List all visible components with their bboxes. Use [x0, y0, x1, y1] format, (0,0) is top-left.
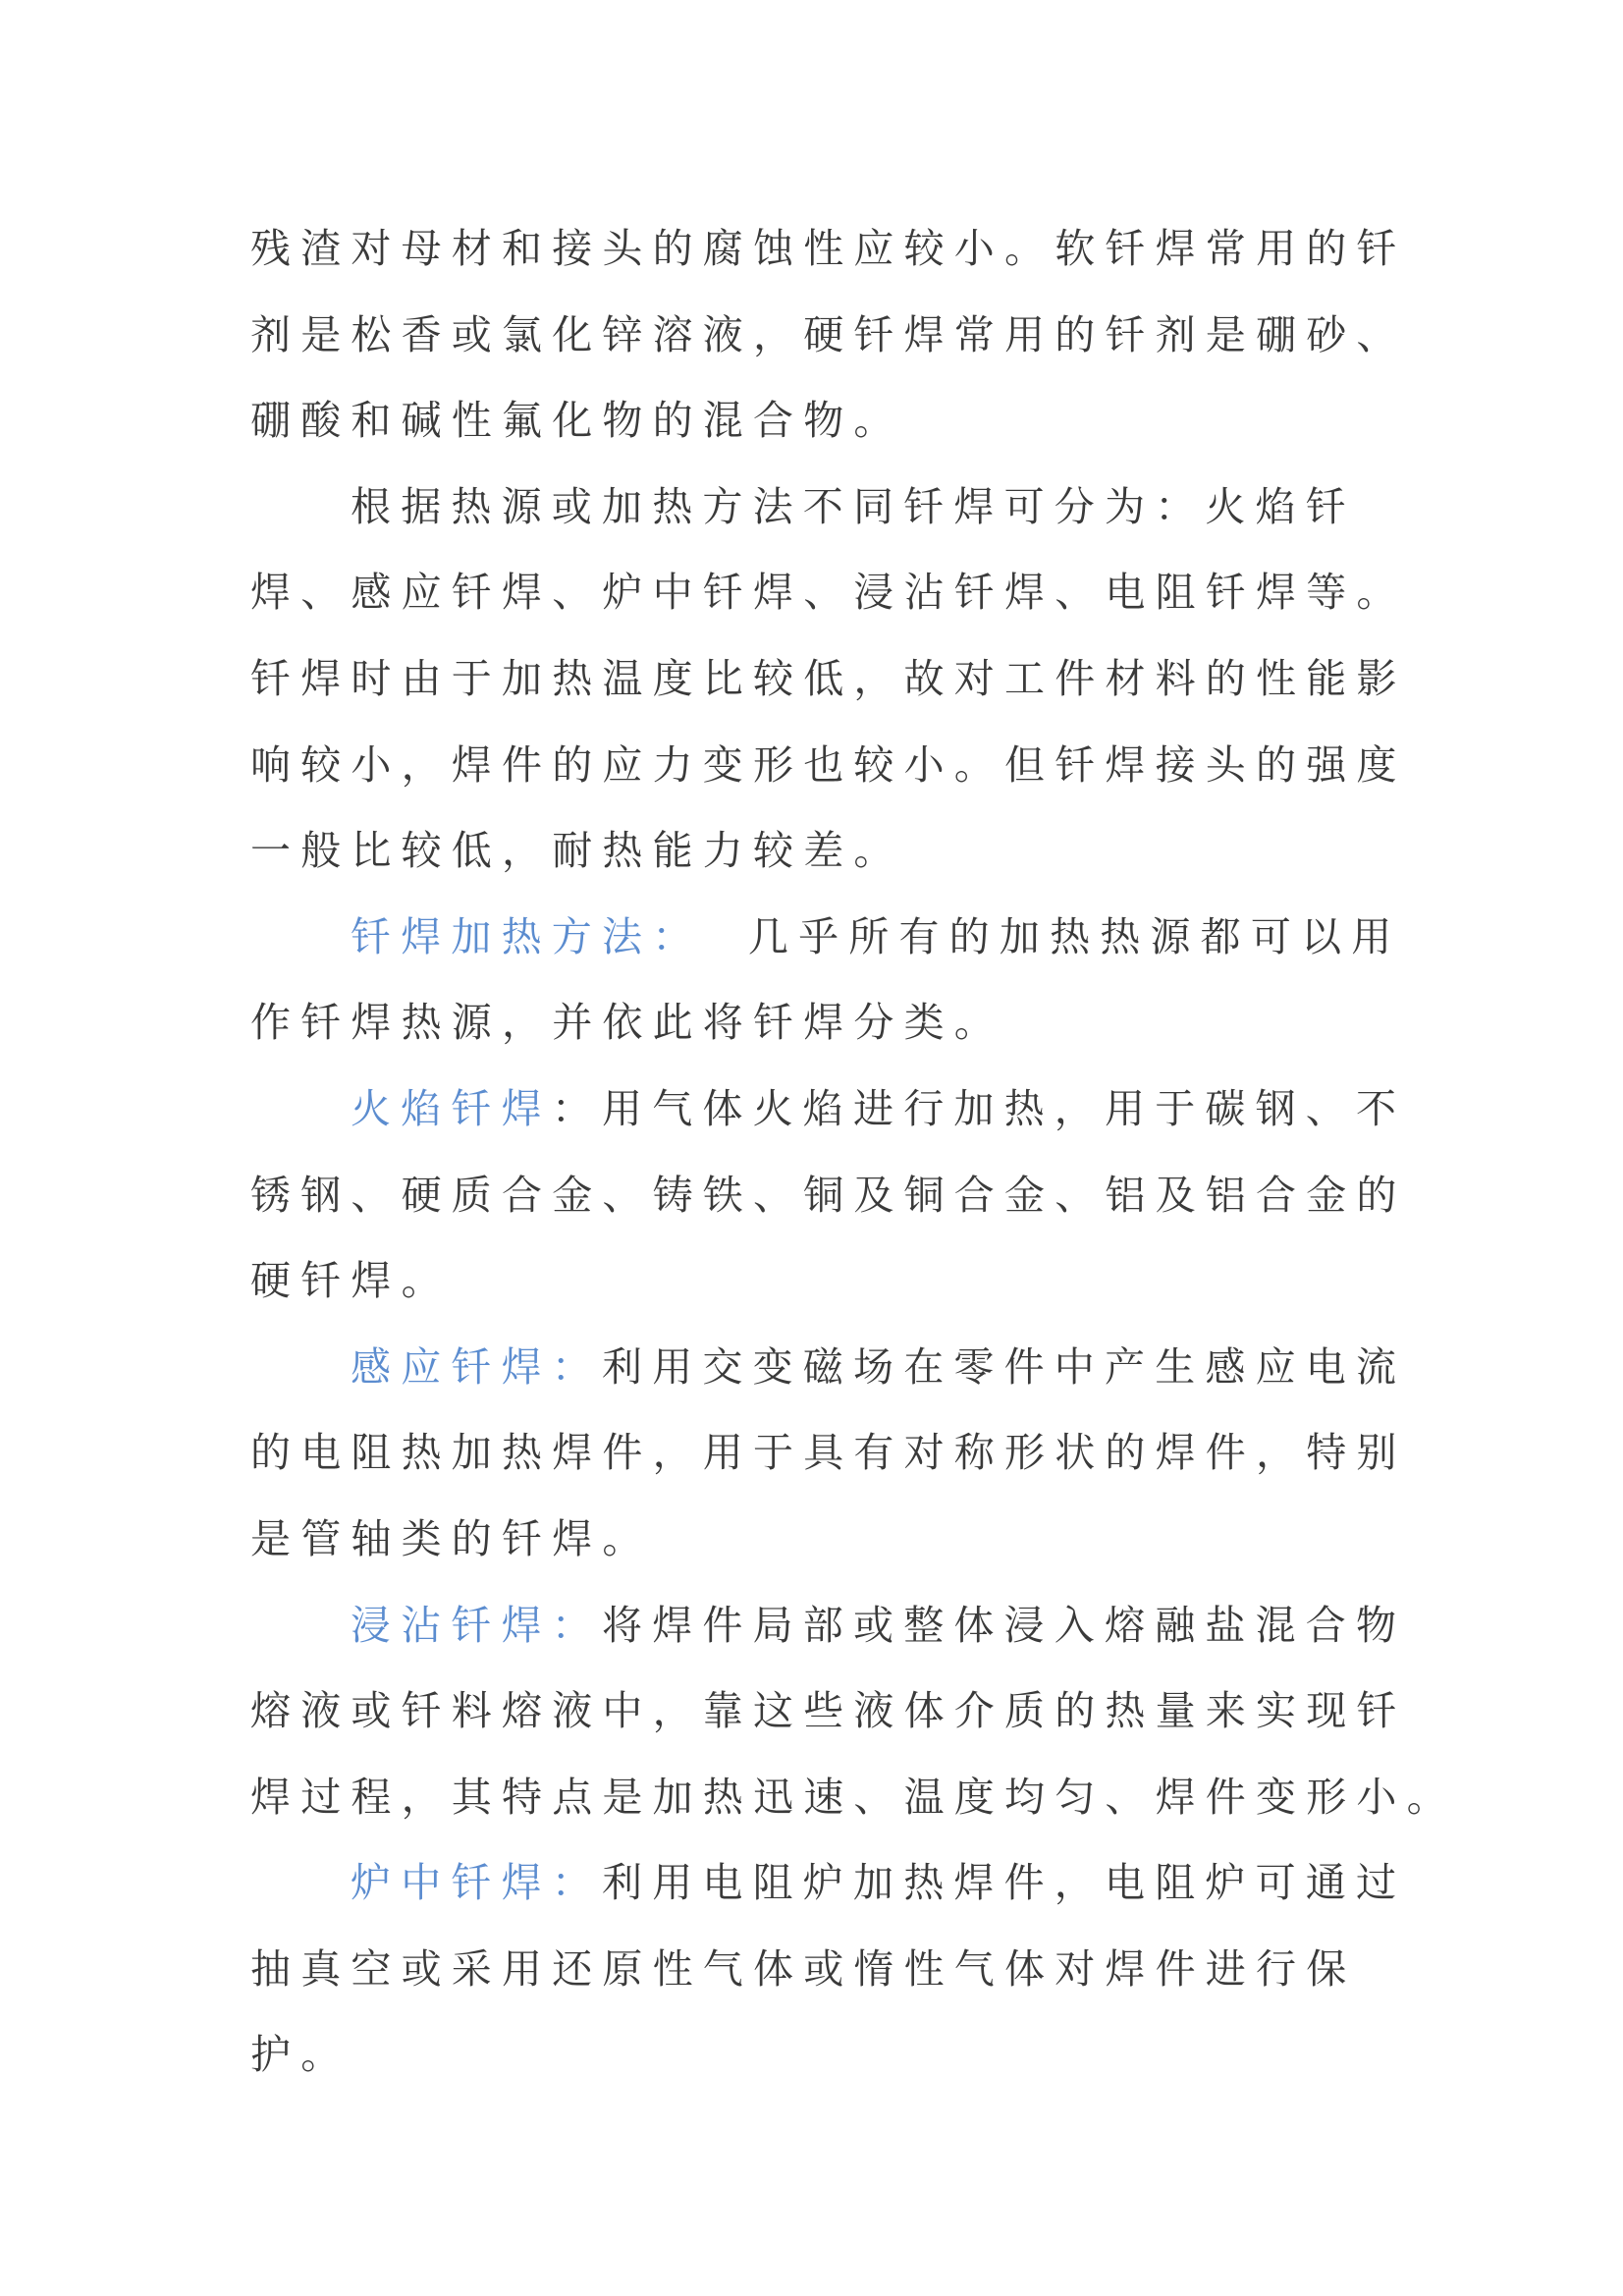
- paragraph-induction-brazing: 感应钎焊：利用交变磁场在零件中产生感应电流 的电阻热加热焊件，用于具有对称形状的…: [250, 1325, 1389, 1583]
- text-line: 浸沾钎焊：将焊件局部或整体浸入熔融盐混合物: [250, 1583, 1389, 1669]
- text-run: 利用交变磁场在零件中产生感应电流: [602, 1343, 1406, 1391]
- text-run: ：用气体火焰进行加热，用于碳钢、不: [552, 1085, 1406, 1132]
- text-run: 利用电阻炉加热焊件，电阻炉可通过: [602, 1859, 1406, 1906]
- section-heading: 浸沾钎焊：: [351, 1602, 602, 1649]
- paragraph-heating-methods: 钎焊加热方法： 几乎所有的加热热源都可以用 作钎焊热源，并依此将钎焊分类。: [250, 895, 1389, 1066]
- text-line: 抽真空或采用还原性气体或惰性气体对焊件进行保: [250, 1927, 1389, 2013]
- text-line: 炉中钎焊：利用电阻炉加热焊件，电阻炉可通过: [250, 1840, 1389, 1927]
- section-heading: 火焰钎焊: [351, 1085, 552, 1132]
- section-heading: 感应钎焊：: [351, 1343, 602, 1391]
- paragraph-flame-brazing: 火焰钎焊：用气体火焰进行加热，用于碳钢、不 锈钢、硬质合金、铸铁、铜及铜合金、铝…: [250, 1066, 1389, 1325]
- text-line: 焊过程，其特点是加热迅速、温度均匀、焊件变形小。: [250, 1755, 1389, 1841]
- text-line: 硼酸和碱性氟化物的混合物。: [250, 378, 1389, 465]
- text-line: 残渣对母材和接头的腐蚀性应较小。软钎焊常用的钎: [250, 206, 1389, 293]
- text-line: 钎焊加热方法： 几乎所有的加热热源都可以用: [250, 895, 1389, 981]
- text-line: 一般比较低，耐热能力较差。: [250, 808, 1389, 895]
- document-page: 残渣对母材和接头的腐蚀性应较小。软钎焊常用的钎 剂是松香或氯化锌溶液，硬钎焊常用…: [250, 206, 1389, 2099]
- text-line: 护。: [250, 2012, 1389, 2099]
- text-line: 的电阻热加热焊件，用于具有对称形状的焊件，特别: [250, 1410, 1389, 1497]
- section-heading: 钎焊加热方法：: [351, 913, 702, 960]
- paragraph-flux: 残渣对母材和接头的腐蚀性应较小。软钎焊常用的钎 剂是松香或氯化锌溶液，硬钎焊常用…: [250, 206, 1389, 465]
- text-line: 感应钎焊：利用交变磁场在零件中产生感应电流: [250, 1325, 1389, 1411]
- section-heading: 炉中钎焊：: [351, 1859, 602, 1906]
- text-line: 钎焊时由于加热温度比较低，故对工件材料的性能影: [250, 636, 1389, 723]
- text-line: 剂是松香或氯化锌溶液，硬钎焊常用的钎剂是硼砂、: [250, 293, 1389, 379]
- text-line: 熔液或钎料熔液中，靠这些液体介质的热量来实现钎: [250, 1668, 1389, 1755]
- text-line: 锈钢、硬质合金、铸铁、铜及铜合金、铝及铝合金的: [250, 1153, 1389, 1239]
- text-line: 火焰钎焊：用气体火焰进行加热，用于碳钢、不: [250, 1066, 1389, 1153]
- paragraph-furnace-brazing: 炉中钎焊：利用电阻炉加热焊件，电阻炉可通过 抽真空或采用还原性气体或惰性气体对焊…: [250, 1840, 1389, 2099]
- text-run: 几乎所有的加热热源都可以用: [702, 913, 1401, 960]
- paragraph-classification: 根据热源或加热方法不同钎焊可分为：火焰钎 焊、感应钎焊、炉中钎焊、浸沾钎焊、电阻…: [250, 465, 1389, 895]
- text-line: 是管轴类的钎焊。: [250, 1497, 1389, 1583]
- text-line: 根据热源或加热方法不同钎焊可分为：火焰钎: [250, 465, 1389, 551]
- paragraph-dip-brazing: 浸沾钎焊：将焊件局部或整体浸入熔融盐混合物 熔液或钎料熔液中，靠这些液体介质的热…: [250, 1583, 1389, 1841]
- text-line: 响较小，焊件的应力变形也较小。但钎焊接头的强度: [250, 723, 1389, 809]
- text-line: 焊、感应钎焊、炉中钎焊、浸沾钎焊、电阻钎焊等。: [250, 550, 1389, 636]
- text-run: 将焊件局部或整体浸入熔融盐混合物: [602, 1602, 1406, 1649]
- text-line: 作钎焊热源，并依此将钎焊分类。: [250, 980, 1389, 1066]
- text-line: 硬钎焊。: [250, 1238, 1389, 1325]
